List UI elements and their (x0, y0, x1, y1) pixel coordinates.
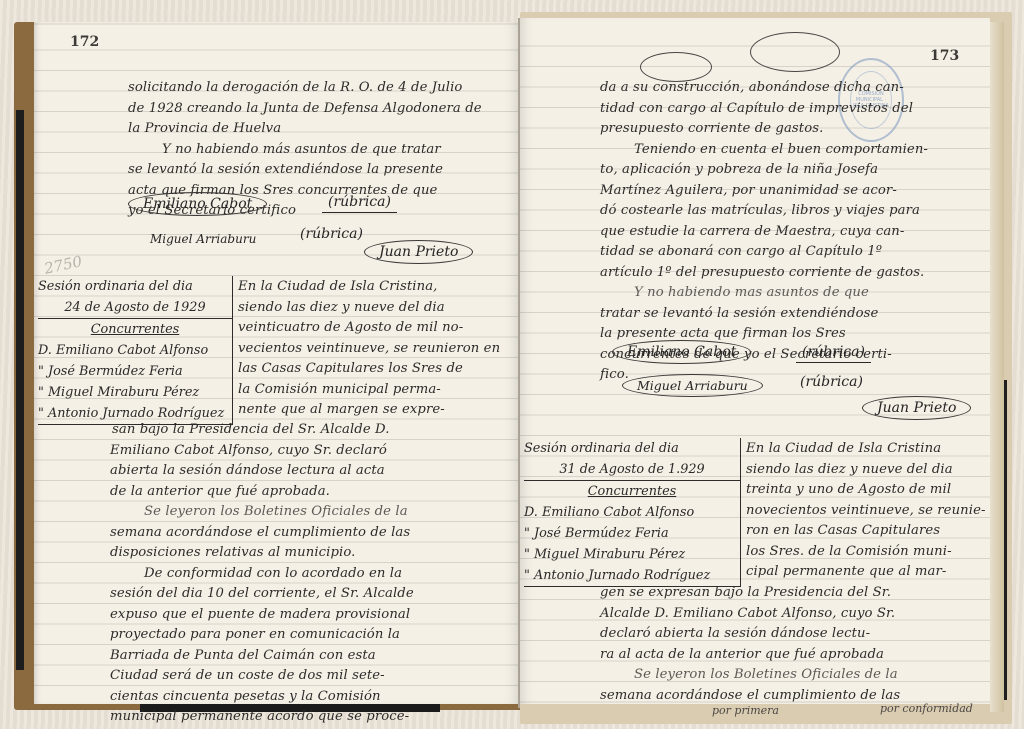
top-flourish-right (750, 32, 840, 72)
left-session-opening: En la Ciudad de Isla Cristina, siendo la… (238, 277, 500, 421)
text-line: ra al acta de la anterior que fué aproba… (600, 645, 900, 666)
attendee: D. Emiliano Cabot Alfonso (38, 340, 232, 361)
text-line: tratar se levantó la sesión extendiéndos… (600, 304, 928, 325)
text-line: las Casas Capitulares los Sres de (238, 359, 500, 380)
left-cover-spine-edge (16, 110, 24, 670)
right-page-number: 173 (930, 48, 959, 64)
signature-emiliano-cabot: Emiliano Cabot (128, 192, 267, 216)
right-session-margin: Sesión ordinaria del dia 31 de Agosto de… (524, 438, 741, 587)
left-page-number: 172 (70, 34, 99, 50)
signature-miguel: Miguel Arriaburu (150, 232, 256, 246)
text-line: siendo las diez y nueve del dia (746, 460, 986, 481)
text-line: nente que al margen se expre- (238, 400, 500, 421)
text-line: vecientos veintinueve, se reunieron en (238, 339, 500, 360)
attendee: " Miguel Miraburu Pérez (38, 382, 232, 403)
text-line: ron en las Casas Capitulares (746, 521, 986, 542)
session-title: Sesión ordinaria del dia (524, 438, 740, 459)
text-line: semana acordándose el cumplimiento de la… (600, 686, 900, 707)
text-line: los Sres. de la Comisión muni- (746, 542, 986, 563)
text-line: municipal permanente acordó que se proce… (110, 707, 414, 728)
signature-rubrica-1: (rúbrica) (322, 194, 397, 213)
text-line: declaró abierta la sesión dándose lectu- (600, 624, 900, 645)
left-session-margin: Sesión ordinaria del dia 24 de Agosto de… (38, 276, 233, 425)
text-line: Teniendo en cuenta el buen comportamien- (600, 140, 928, 161)
text-line: Barriada de Punta del Caimán con esta (110, 646, 414, 667)
signature-juan-prieto: Juan Prieto (364, 240, 473, 264)
right-session-body: gen se expresan bajo la Presidencia del … (600, 583, 900, 706)
text-line: de 1928 creando la Junta de Defensa Algo… (128, 99, 482, 120)
attendees-heading: Concurrentes (91, 322, 179, 337)
session-date: 24 de Agosto de 1929 (38, 297, 232, 319)
text-line: gen se expresan bajo la Presidencia del … (600, 583, 900, 604)
text-line: Se leyeron los Boletines Oficiales de la (110, 502, 414, 523)
text-line: tidad con cargo al Capítulo de imprevist… (600, 99, 928, 120)
text-line: san bajo la Presidencia del Sr. Alcalde … (110, 420, 414, 441)
next-page-fragment-left: por primera (712, 704, 779, 717)
text-line: dó costearle las matrículas, libros y vi… (600, 201, 928, 222)
signature-emiliano-cabot: Emiliano Cabot (612, 340, 751, 364)
text-line: solicitando la derogación de la R. O. de… (128, 78, 482, 99)
text-line: sesión del dia 10 del corriente, el Sr. … (110, 584, 414, 605)
text-line: veinticuatro de Agosto de mil no- (238, 318, 500, 339)
text-line: to, aplicación y pobreza de la niña Jose… (600, 160, 928, 181)
attendee: " José Bermúdez Feria (524, 523, 740, 544)
signature-rubrica-2: (rúbrica) (300, 226, 363, 242)
text-line: novecientos veintinueve, se reunie- (746, 501, 986, 522)
text-line: tidad se abonará con cargo al Capítulo 1… (600, 242, 928, 263)
text-line: Alcalde D. Emiliano Cabot Alfonso, cuyo … (600, 604, 900, 625)
page-block-edge (990, 22, 1004, 712)
text-line: abierta la sesión dándose lectura al act… (110, 461, 414, 482)
text-line: que estudie la carrera de Maestra, cuya … (600, 222, 928, 243)
text-line: da a su construcción, abonándose dicha c… (600, 78, 928, 99)
text-line: cientas cincuenta pesetas y la Comisión (110, 687, 414, 708)
text-line: expuso que el puente de madera provision… (110, 605, 414, 626)
text-line: Y no habiendo más asuntos de que tratar (128, 140, 482, 161)
text-line: En la Ciudad de Isla Cristina, (238, 277, 500, 298)
text-line: Ciudad será de un coste de dos mil sete- (110, 666, 414, 687)
text-line: Se leyeron los Boletines Oficiales de la (600, 665, 900, 686)
right-continuation: da a su construcción, abonándose dicha c… (600, 78, 928, 386)
text-line: Martínez Aguilera, por unanimidad se aco… (600, 181, 928, 202)
text-line: proyectado para poner en comunicación la (110, 625, 414, 646)
text-line: presupuesto corriente de gastos. (600, 119, 928, 140)
text-line: artículo 1º del presupuesto corriente de… (600, 263, 928, 284)
text-line: Y no habiendo mas asuntos de que (600, 283, 928, 304)
text-line: la Comisión municipal perma- (238, 380, 500, 401)
signature-miguel: Miguel Arriaburu (622, 374, 763, 397)
attendees-heading: Concurrentes (588, 484, 676, 499)
text-line: cipal permanente que al mar- (746, 562, 986, 583)
signature-rubrica-2: (rúbrica) (800, 374, 863, 390)
text-line: treinta y uno de Agosto de mil (746, 480, 986, 501)
text-line: disposiciones relativas al municipio. (110, 543, 414, 564)
attendee: D. Emiliano Cabot Alfonso (524, 502, 740, 523)
left-session-body: san bajo la Presidencia del Sr. Alcalde … (110, 420, 414, 728)
signature-rubrica-1: (rúbrica) (796, 344, 871, 363)
session-title: Sesión ordinaria del dia (38, 276, 232, 297)
text-line: de la anterior que fué aprobada. (110, 482, 414, 503)
signature-juan-prieto: Juan Prieto (862, 396, 971, 420)
text-line: siendo las diez y nueve del dia (238, 298, 500, 319)
text-line: la Provincia de Huelva (128, 119, 482, 140)
session-date: 31 de Agosto de 1.929 (524, 459, 740, 481)
attendee: " José Bermúdez Feria (38, 361, 232, 382)
text-line: En la Ciudad de Isla Cristina (746, 439, 986, 460)
right-session-opening: En la Ciudad de Isla Cristina siendo las… (746, 439, 986, 583)
attendee: " Miguel Miraburu Pérez (524, 544, 740, 565)
text-line: se levantó la sesión extendiéndose la pr… (128, 160, 482, 181)
text-line: Emiliano Cabot Alfonso, cuyo Sr. declaró (110, 441, 414, 462)
text-line: De conformidad con lo acordado en la (110, 564, 414, 585)
text-line: semana acordándose el cumplimiento de la… (110, 523, 414, 544)
open-ledger-book: 172 solicitando la derogación de la R. O… (0, 0, 1024, 729)
next-page-fragment-right: por conformidad (880, 702, 973, 715)
